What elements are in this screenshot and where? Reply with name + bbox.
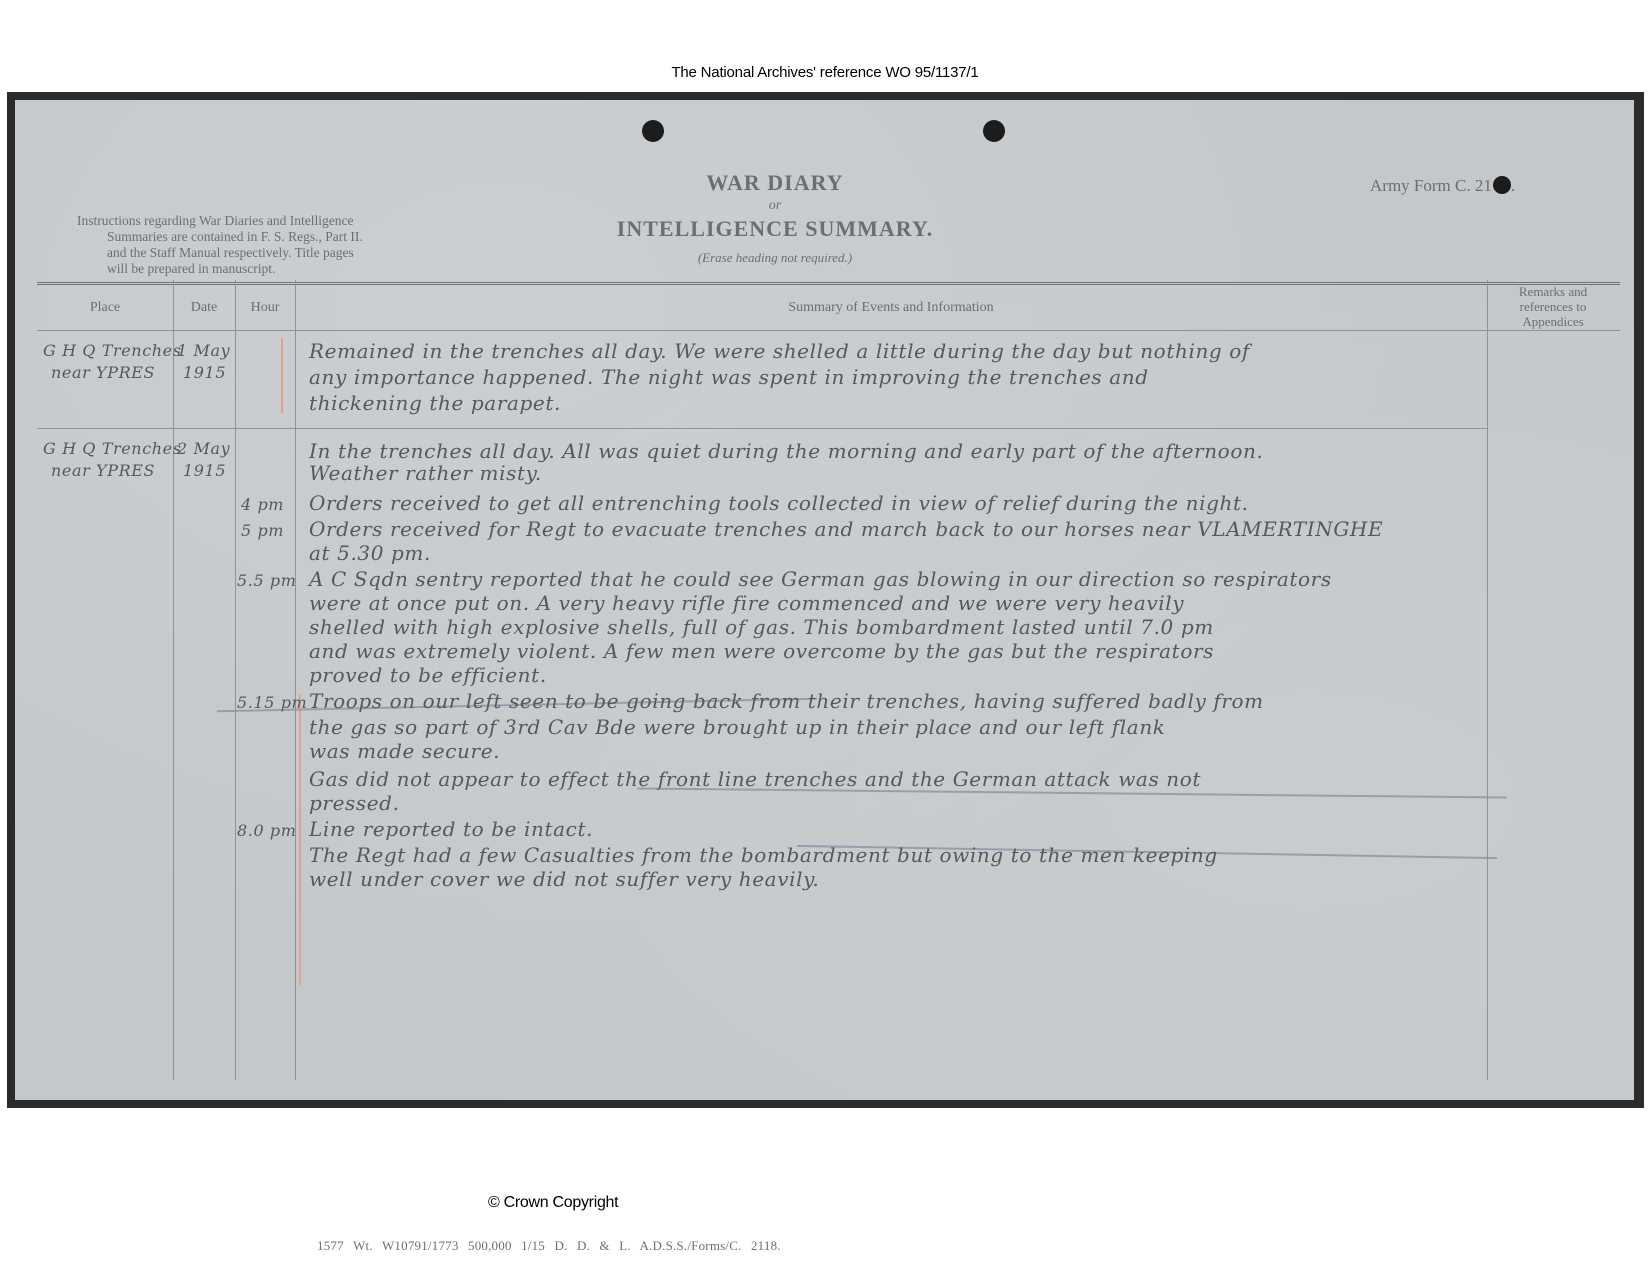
instructions-note: Instructions regarding War Diaries and I… <box>77 213 457 277</box>
entry-2-hour: 5.15 pm <box>237 692 307 713</box>
entry-2-line: Orders received for Regt to evacuate tre… <box>309 516 1383 542</box>
red-margin-mark <box>299 695 301 985</box>
army-form-number: Army Form C. 21. <box>1370 176 1515 196</box>
entry-2-line: Troops on our left seen to be going back… <box>309 688 1264 714</box>
entry-2-line: Orders received to get all entrenching t… <box>309 490 1249 516</box>
instructions-line: Summaries are contained in F. S. Regs., … <box>77 229 457 245</box>
entry-2-hour: 4 pm <box>241 494 284 515</box>
column-header-hour: Hour <box>235 300 295 316</box>
header-bottom-rule <box>37 330 1620 331</box>
form-title-or: or <box>575 198 975 214</box>
entry-separator-rule <box>37 428 1487 429</box>
entry-2-line: at 5.30 pm. <box>309 540 431 566</box>
entry-2-line: and was extremely violent. A few men wer… <box>309 638 1214 664</box>
entry-2-hour: 5.5 pm <box>237 570 297 591</box>
entry-2-line: the gas so part of 3rd Cav Bde were brou… <box>309 714 1166 740</box>
entry-2-place-line: near YPRES <box>51 460 155 481</box>
column-header-place: Place <box>37 300 173 316</box>
column-header-summary: Summary of Events and Information <box>295 300 1487 316</box>
date-hour-divider <box>235 280 236 1080</box>
entry-2-line: Line reported to be intact. <box>309 816 593 842</box>
punch-hole-right <box>983 120 1005 142</box>
entry-2-hour: 8.0 pm <box>237 820 297 841</box>
red-margin-mark <box>281 338 283 413</box>
form-title: WAR DIARY <box>575 170 975 196</box>
ink-blot-icon <box>1493 176 1511 194</box>
entry-2-place-line: G H Q Trenches <box>43 438 182 459</box>
entry-1-date-line: 1 May <box>177 340 230 361</box>
entry-2-line: well under cover we did not suffer very … <box>309 866 819 892</box>
column-header-date: Date <box>173 300 235 316</box>
entry-1-date-line: 1915 <box>183 362 226 383</box>
entry-1-place-line: G H Q Trenches <box>43 340 182 361</box>
entry-2-date-line: 1915 <box>183 460 226 481</box>
entry-1-line: Remained in the trenches all day. We wer… <box>309 338 1250 364</box>
entry-2-line: was made secure. <box>309 738 500 764</box>
diary-table: Place Date Hour Summary of Events and In… <box>37 280 1620 1080</box>
copyright-notice: © Crown Copyright <box>488 1194 618 1212</box>
table-top-rule <box>37 282 1620 285</box>
instructions-line: and the Staff Manual respectively. Title… <box>77 245 457 261</box>
archive-reference: The National Archives' reference WO 95/1… <box>0 64 1650 81</box>
hour-summary-divider <box>295 280 296 1080</box>
column-header-remarks: Remarks and references to Appendices <box>1507 284 1599 329</box>
entry-2-line: shelled with high explosive shells, full… <box>309 614 1214 640</box>
army-form-label: Army Form C. 21 <box>1370 176 1492 195</box>
entry-2-line: Weather rather misty. <box>309 460 542 486</box>
entry-1-place-line: near YPRES <box>51 362 155 383</box>
punch-hole-left <box>642 120 664 142</box>
entry-2-line: Gas did not appear to effect the front l… <box>309 766 1201 792</box>
summary-remarks-divider <box>1487 280 1488 1080</box>
entry-2-line: were at once put on. A very heavy rifle … <box>309 590 1184 616</box>
entry-1-line: thickening the parapet. <box>309 390 561 416</box>
entry-2-date-line: 2 May <box>177 438 230 459</box>
print-footer: 1577 Wt. W10791/1773 500,000 1/15 D. D. … <box>317 1238 781 1254</box>
place-date-divider <box>173 280 174 1080</box>
form-subtitle: INTELLIGENCE SUMMARY. <box>575 216 975 242</box>
entry-2-line: The Regt had a few Casualties from the b… <box>309 842 1218 868</box>
entry-2-hour: 5 pm <box>241 520 284 541</box>
form-title-block: WAR DIARY or INTELLIGENCE SUMMARY. (Eras… <box>575 170 975 266</box>
form-subtitle-note: (Erase heading not required.) <box>575 250 975 266</box>
entry-2-line: proved to be efficient. <box>309 662 547 688</box>
instructions-line: Instructions regarding War Diaries and I… <box>77 213 457 229</box>
scanned-sheet: Instructions regarding War Diaries and I… <box>7 92 1644 1108</box>
entry-1-line: any importance happened. The night was s… <box>309 364 1149 390</box>
instructions-line: will be prepared in manuscript. <box>77 261 457 277</box>
war-diary-page: Instructions regarding War Diaries and I… <box>15 100 1634 1100</box>
entry-2-line: A C Sqdn sentry reported that he could s… <box>309 566 1332 592</box>
entry-2-line: pressed. <box>309 790 400 816</box>
